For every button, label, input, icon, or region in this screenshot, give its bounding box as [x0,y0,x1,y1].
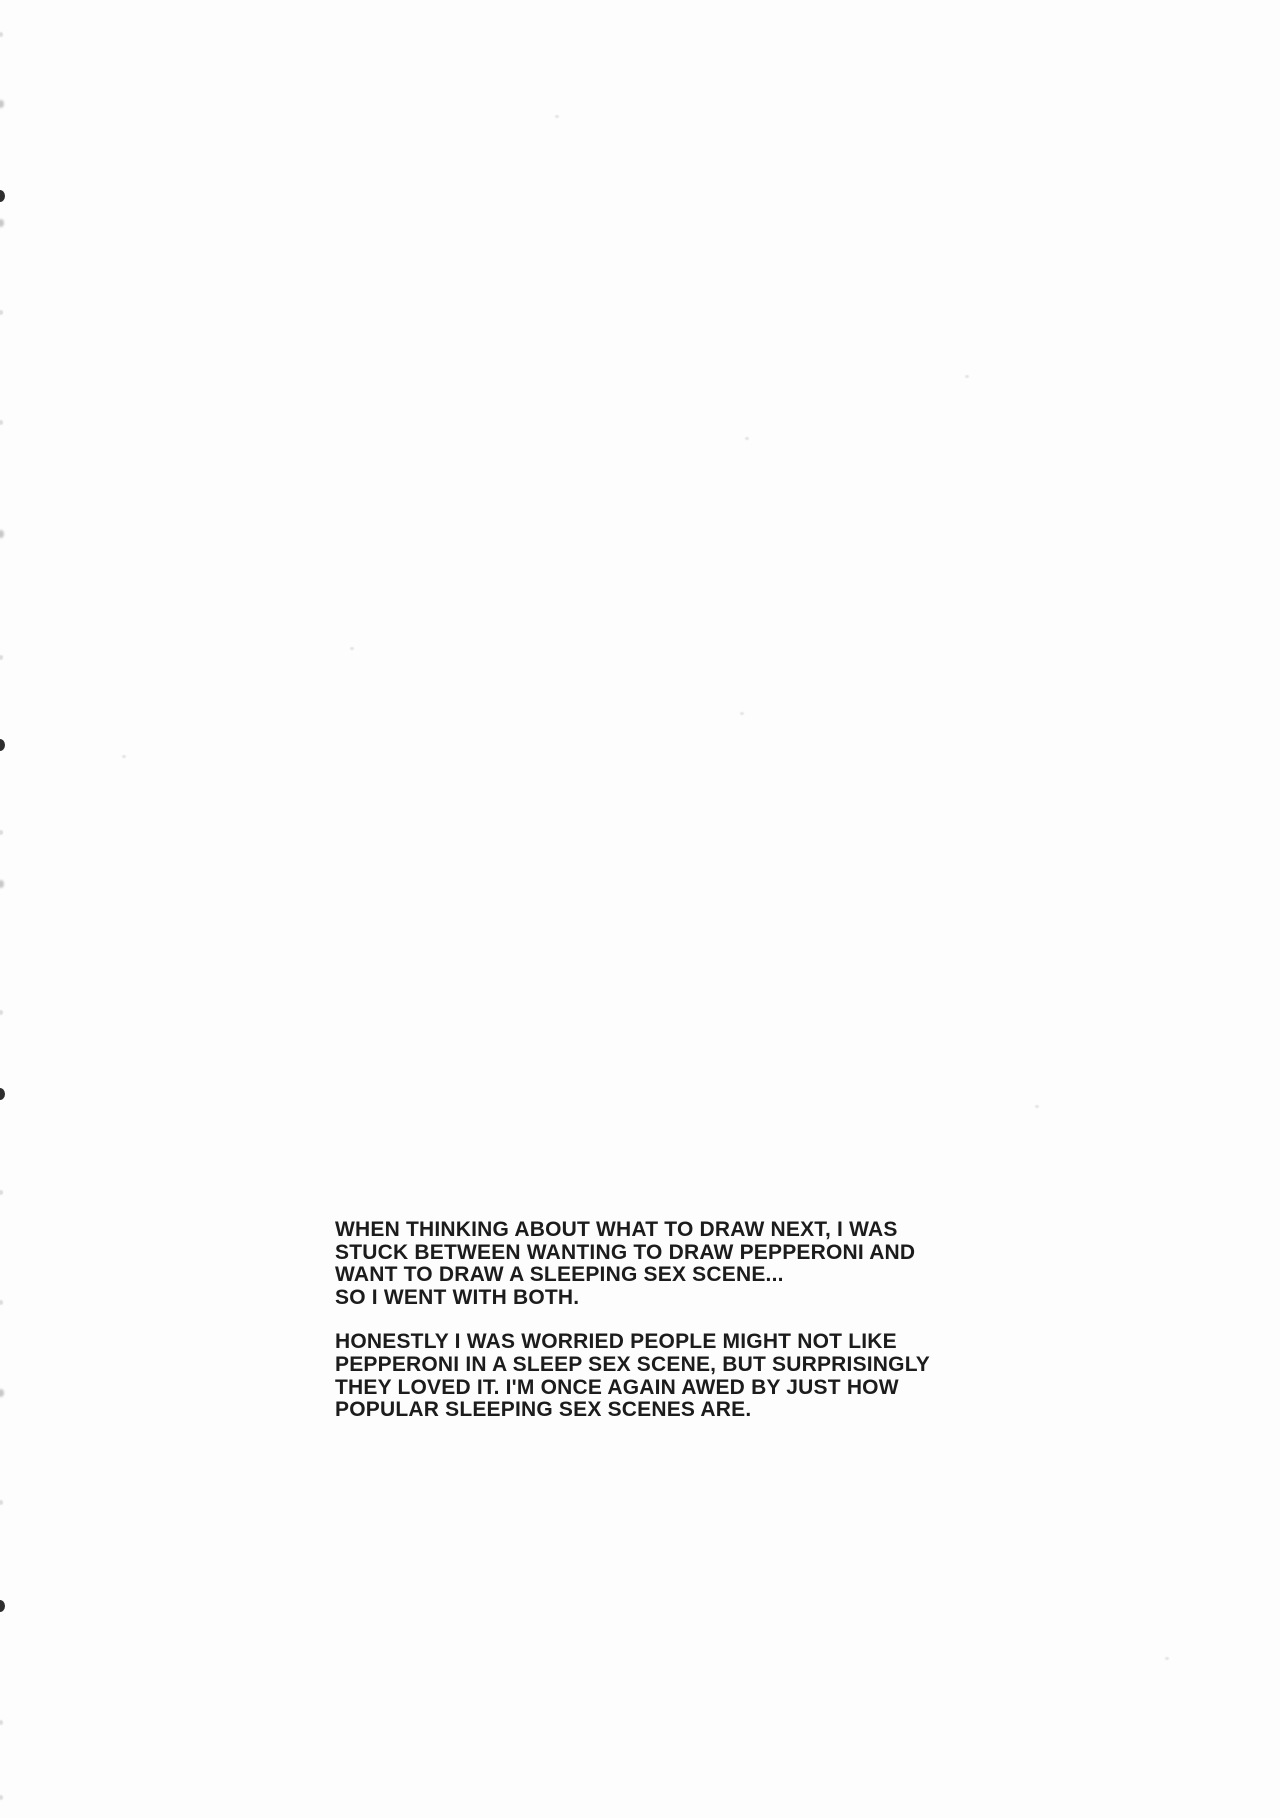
scan-speck [0,1389,4,1397]
scan-speck [1035,1105,1039,1108]
scan-speck [0,32,3,37]
scan-speck [555,115,559,118]
scan-speck [0,880,4,888]
scan-speck [0,1300,3,1305]
scan-speck [965,375,969,378]
scan-speck [0,1010,3,1015]
text-line: STUCK BETWEEN WANTING TO DRAW PEPPERONI … [335,1242,975,1265]
scan-speck [0,830,3,835]
scan-speck [745,437,749,440]
afterword-text: WHEN THINKING ABOUT WHAT TO DRAW NEXT, I… [335,1219,975,1444]
scan-speck [740,712,744,715]
afterword-paragraph-2: HONESTLY I WAS WORRIED PEOPLE MIGHT NOT … [335,1331,975,1421]
scan-speck [0,100,4,108]
scan-speck [0,1088,5,1100]
scan-speck [0,219,4,227]
scan-speck [0,739,5,751]
text-line: WHEN THINKING ABOUT WHAT TO DRAW NEXT, I… [335,1219,975,1242]
scan-speck [0,1190,3,1195]
text-line: PEPPERONI IN A SLEEP SEX SCENE, BUT SURP… [335,1354,975,1377]
scan-speck [0,310,3,315]
scan-speck [0,190,5,202]
scan-speck [0,1720,3,1725]
afterword-paragraph-1: WHEN THINKING ABOUT WHAT TO DRAW NEXT, I… [335,1219,975,1309]
scan-speck [0,420,3,425]
scan-speck [1165,1657,1169,1660]
scanned-page: WHEN THINKING ABOUT WHAT TO DRAW NEXT, I… [0,0,1280,1818]
scan-speck [350,647,354,650]
text-line: HONESTLY I WAS WORRIED PEOPLE MIGHT NOT … [335,1331,975,1354]
scan-speck [122,755,126,758]
scan-speck [0,1600,5,1612]
scan-speck [0,655,3,660]
scan-speck [0,530,4,538]
text-line: SO I WENT WITH BOTH. [335,1287,975,1310]
text-line: WANT TO DRAW A SLEEPING SEX SCENE... [335,1264,975,1287]
text-line: THEY LOVED IT. I'M ONCE AGAIN AWED BY JU… [335,1377,975,1400]
scan-speck [0,1795,3,1800]
scan-speck [0,1500,3,1505]
text-line: POPULAR SLEEPING SEX SCENES ARE. [335,1399,975,1422]
